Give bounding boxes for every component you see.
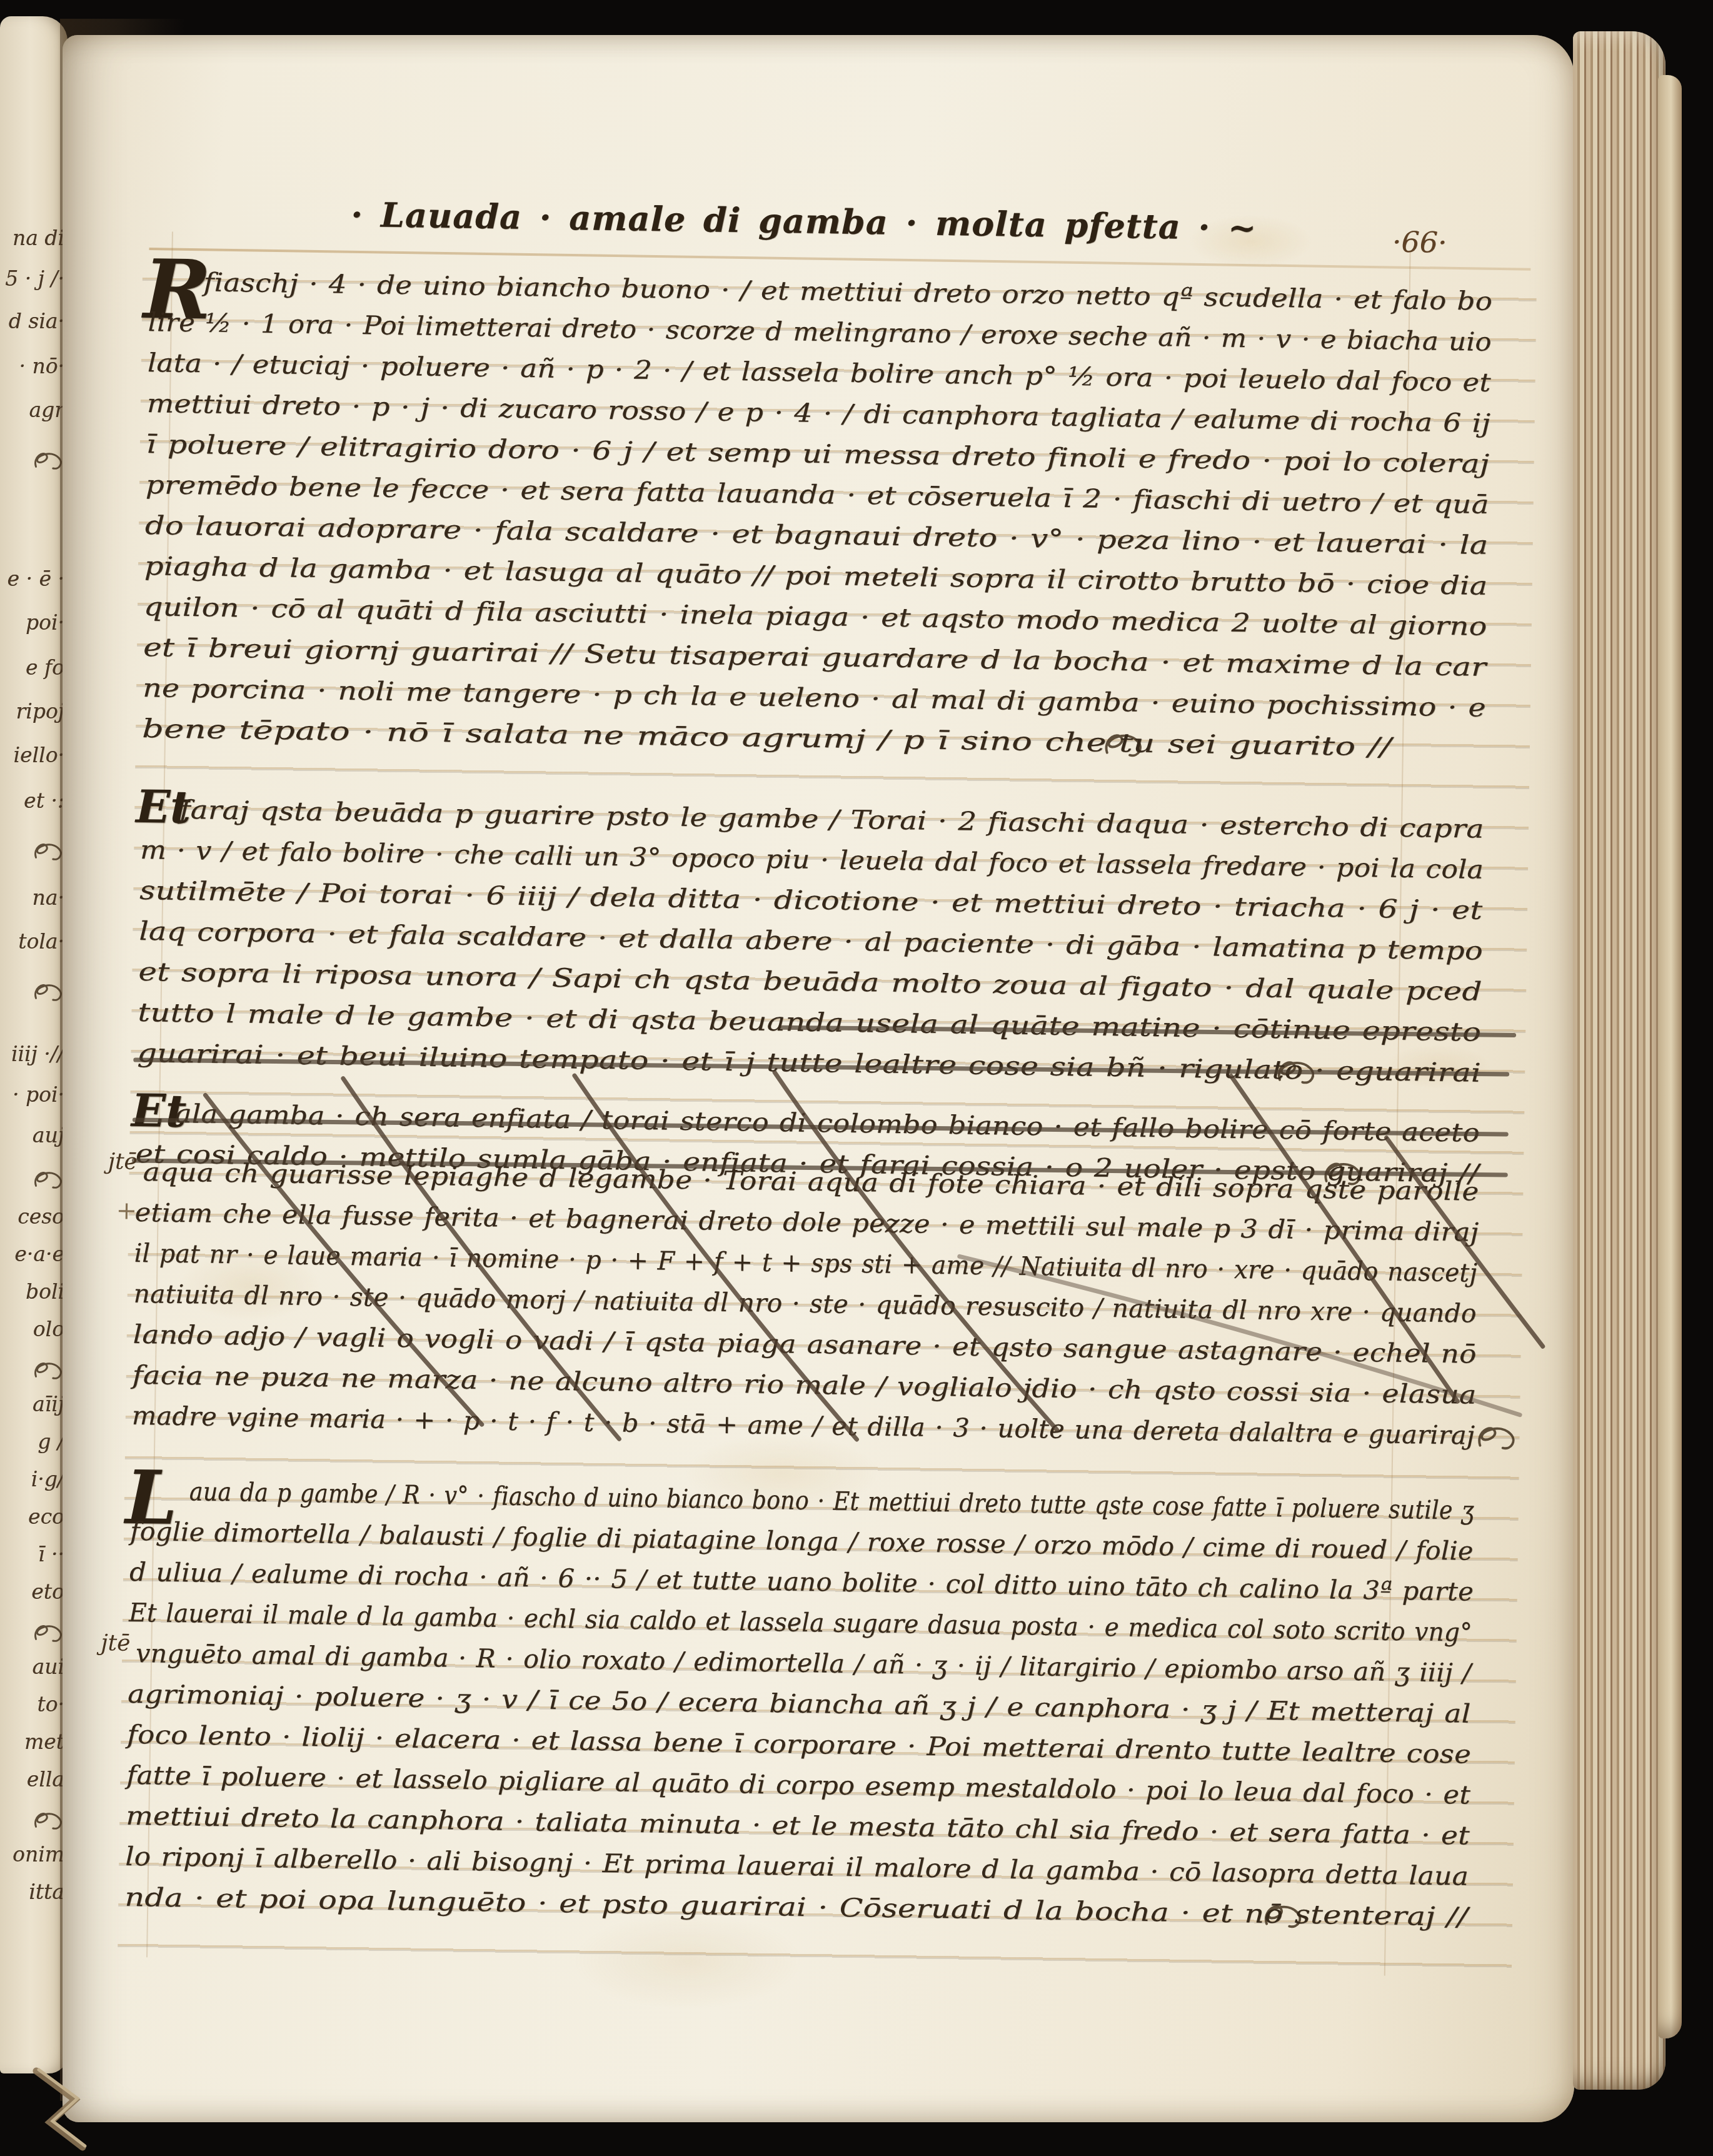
pen-flourish-icon [32,979,64,1004]
facing-line-flourish [19,1805,64,1833]
facing-line-fragment: g / [38,1429,64,1454]
facing-line-fragment: aui [33,1655,64,1679]
facing-line-fragment: et ·: [24,788,64,813]
facing-line-fragment: na· [33,885,64,910]
pen-flourish-icon [32,1358,64,1383]
facing-page-edge: na di5 · j /·d sia·· nō·agr e · ē ·poi·e… [0,16,68,2073]
facing-line-fragment: poi· [26,610,64,635]
pen-flourish-icon [32,1167,64,1192]
margin-cross-icon: + [116,1196,137,1225]
binding-thread [18,2067,105,2155]
facing-line-fragment: agr [29,398,64,422]
facing-line-fragment: ceso [18,1204,64,1229]
facing-line-fragment: olo [33,1317,64,1341]
paragraph-recipe-unguento: jtēvnguēto amal di gamba · R · olio roxa… [124,1633,1526,1938]
facing-line-fragment: to· [37,1692,64,1716]
pen-flourish-icon [32,1808,64,1833]
facing-line-fragment: e fo [26,655,64,680]
manuscript-photo: na di5 · j /·d sia·· nō·agr e · ē ·poi·e… [0,0,1713,2156]
pen-flourish-icon [32,1620,64,1645]
pen-flourish-icon [1474,1421,1519,1454]
facing-line-fragment: iello· [13,743,64,767]
facing-line-flourish [19,1164,64,1192]
facing-line-flourish [19,976,64,1004]
facing-line-fragment: e · ē · [7,567,64,591]
paragraph-scongiuro-aqua-cancellato: jtē+aqua ch guarisse lepiaghe d legambe … [131,1152,1533,1457]
page-title: · Lauada · amale di gamba · molta pfetta… [351,194,1257,248]
facing-line-fragment: · nō· [19,354,64,378]
facing-line-flourish [19,1617,64,1645]
facing-line-fragment: aīij [33,1392,64,1416]
facing-line-fragment: d sia· [9,309,64,333]
facing-line-flourish [19,445,64,473]
book-fore-edge-outer [1658,75,1682,2038]
margin-note: jtē [108,1149,138,1175]
facing-line-fragment: ella [27,1767,64,1791]
facing-line-fragment: iiij ·// [11,1042,64,1066]
facing-line-fragment: e·a·e [14,1242,64,1266]
facing-line-fragment: ripoj [16,699,64,723]
facing-line-fragment: eco [28,1504,64,1529]
facing-line-fragment: 5 · j /· [5,266,64,291]
facing-line-fragment: eto [31,1579,64,1604]
paragraph-recipe-lavanda-principale: Rfiaschj · 4 · de uino biancho buono · /… [142,261,1546,770]
facing-line-fragment: · poi· [13,1082,64,1107]
pen-flourish-icon [32,839,64,864]
page-number: ·66· [1392,224,1448,259]
pen-flourish-icon [32,448,64,473]
facing-line-fragment: onim [13,1842,64,1866]
facing-line-fragment: boli [26,1279,64,1304]
facing-line-fragment: auj [33,1123,64,1147]
facing-line-fragment: ī ·· [38,1542,64,1566]
facing-line-fragment: na di [13,226,64,250]
margin-note: jtē [101,1630,131,1656]
paragraph-recipe-lavanda-da-gambe: Laua da p gambe / R · v° · fiascho d uin… [129,1471,1529,1654]
facing-line-fragment: i·g/ [31,1467,64,1491]
book-fore-edge [1573,31,1665,2090]
facing-line-flourish [19,835,64,864]
facing-line-flourish [19,1354,64,1383]
text-block: · Lauada · amale di gamba · molta pfetta… [124,188,1550,1997]
facing-line-fragment: tola· [18,929,64,954]
facing-line-fragment: met [24,1730,64,1754]
paragraph-recipe-bevanda: Etfaraj qsta beuāda p guarire psto le ga… [137,789,1539,1094]
